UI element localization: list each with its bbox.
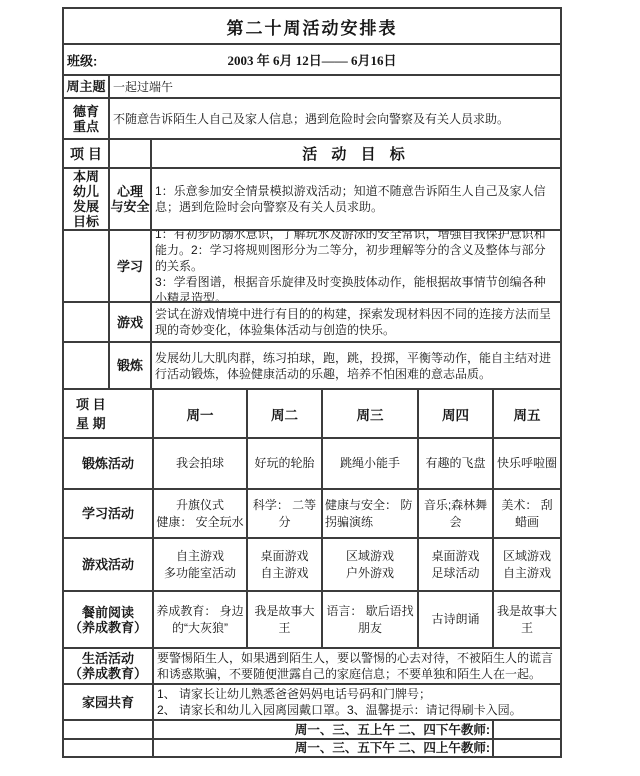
empty-cell: [64, 343, 110, 388]
row-label-life-activity: 生活活动 （养成教育）: [64, 649, 154, 683]
goal-text-games: 尝试在游戏情境中进行有目的的构建，探索发现材料因不同的连接方法而呈现的奇妙变化，…: [152, 303, 560, 341]
day-header-wednesday: 周三: [323, 390, 419, 437]
day-cell: 好玩的轮胎: [248, 439, 323, 488]
date-range: 2003 年 6月 12日—— 6月16日: [64, 50, 560, 69]
row-label-home-school: 家园共育: [64, 685, 154, 719]
teacher-row-2-label: 周一、三、五下午 二、四上午教师:: [154, 740, 494, 756]
day-cell: 古诗朗诵: [419, 592, 494, 647]
row-label-exercise-activity: 锻炼活动: [64, 439, 154, 488]
goal-text-exercise: 发展幼儿大肌肉群，练习拍球，跑，跳，投掷，平衡等动作，能自主结对进行活动锻炼，体…: [152, 343, 560, 388]
week-corner-label: 项 目 星 期: [64, 390, 154, 437]
day-cell: 美术： 刮蜡画: [494, 490, 560, 537]
day-header-thursday: 周四: [419, 390, 494, 437]
day-header-monday: 周一: [154, 390, 248, 437]
goals-header-title: 活 动 目 标: [152, 140, 560, 167]
moral-label: 德育 重点: [64, 99, 110, 138]
day-cell: 快乐呼啦圈: [494, 439, 560, 488]
teacher-row-1-label: 周一、三、五上午 二、四下午教师:: [154, 721, 494, 738]
day-header-tuesday: 周二: [248, 390, 323, 437]
day-header-friday: 周五: [494, 390, 560, 437]
day-cell: 区域游戏 自主游戏: [494, 539, 560, 590]
day-cell: 桌面游戏 足球活动: [419, 539, 494, 590]
day-cell: 升旗仪式 健康： 安全玩水: [154, 490, 248, 537]
day-cell: 健康与安全： 防拐骗演练: [323, 490, 419, 537]
empty-cell: [64, 721, 154, 738]
theme-value: 一起过端午: [110, 76, 560, 97]
weekly-schedule-table: 第二十周活动安排表 班级: 2003 年 6月 12日—— 6月16日 周主题 …: [62, 7, 562, 758]
goal-category-exercise: 锻炼: [110, 343, 152, 388]
theme-label: 周主题: [64, 76, 110, 97]
goal-category-learning: 学习: [110, 231, 152, 301]
goal-text-psych-safety: 1：乐意参加安全情景模拟游戏活动；知道不随意告诉陌生人自己及家人信息；遇到危险时…: [152, 169, 560, 229]
home-school-text: 1、 请家长让幼儿熟悉爸爸妈妈电话号码和门牌号； 2、 请家长和幼儿入园离园戴口…: [154, 685, 560, 719]
day-cell: 语言： 歇后语找朋友: [323, 592, 419, 647]
life-activity-text: 要警惕陌生人，如果遇到陌生人，要以警惕的心去对待，不被陌生人的谎言和诱惑欺骗，不…: [154, 649, 560, 683]
day-cell: 音乐;森林舞会: [419, 490, 494, 537]
empty-cell: [64, 231, 110, 301]
day-cell: 科学： 二等分: [248, 490, 323, 537]
row-label-premeal-reading: 餐前阅读 （养成教育）: [64, 592, 154, 647]
teacher-row-1-signature-cell: [494, 721, 560, 738]
page-title: 第二十周活动安排表: [64, 14, 560, 39]
moral-value: 不随意告诉陌生人自己及家人信息；遇到危险时会向警察及有关人员求助。: [110, 99, 560, 138]
day-cell: 养成教育： 身边的“大灰狼”: [154, 592, 248, 647]
goal-category-games: 游戏: [110, 303, 152, 341]
empty-cell: [64, 740, 154, 756]
row-label-learning-activity: 学习活动: [64, 490, 154, 537]
empty-cell: [110, 140, 152, 167]
goals-row-label: 本周 幼儿 发展 目标: [64, 169, 110, 229]
row-label-game-activity: 游戏活动: [64, 539, 154, 590]
day-cell: 区域游戏 户外游戏: [323, 539, 419, 590]
day-cell: 自主游戏 多功能室活动: [154, 539, 248, 590]
goal-category-psych-safety: 心理 与安全: [110, 169, 152, 229]
day-cell: 桌面游戏 自主游戏: [248, 539, 323, 590]
goal-text-learning: 1：有初步防溺水意识，了解玩水及游泳的安全常识，增强自我保护意识和能力。2：学习…: [152, 231, 560, 301]
class-label: 班级:: [67, 50, 97, 69]
day-cell: 我是故事大王: [494, 592, 560, 647]
empty-cell: [64, 303, 110, 341]
day-cell: 跳绳小能手: [323, 439, 419, 488]
goals-header-item-label: 项 目: [64, 140, 110, 167]
teacher-row-2-signature-cell: [494, 740, 560, 756]
day-cell: 我是故事大王: [248, 592, 323, 647]
day-cell: 有趣的飞盘: [419, 439, 494, 488]
day-cell: 我会拍球: [154, 439, 248, 488]
